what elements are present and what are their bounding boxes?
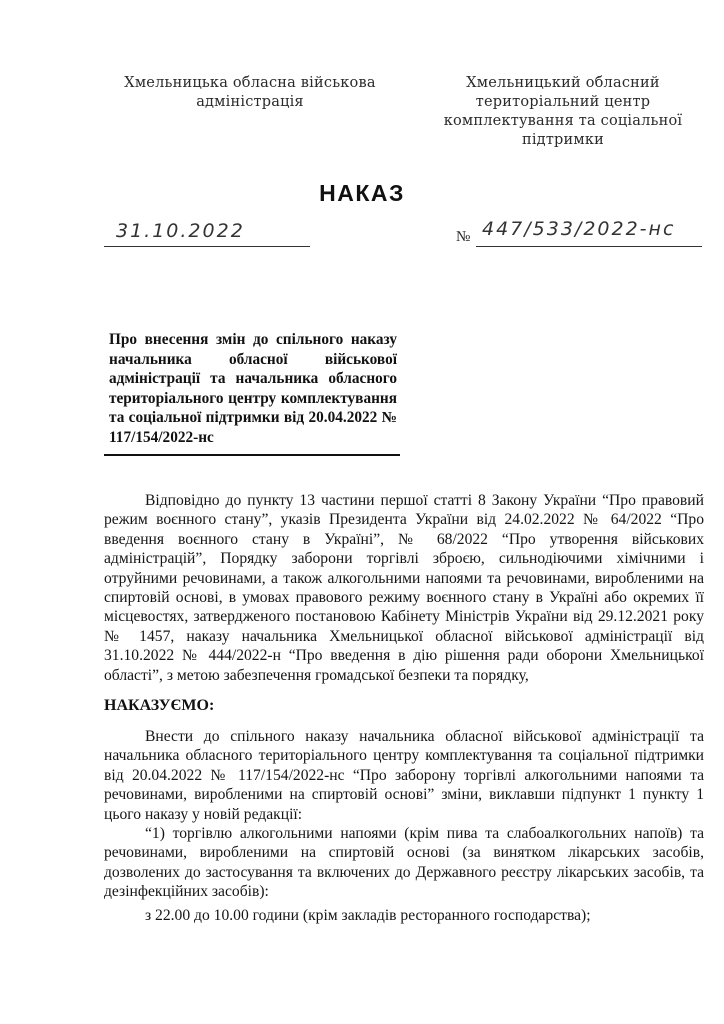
- document-page: Хмельницька обласна військова адміністра…: [0, 0, 724, 1024]
- document-title: НАКАЗ: [0, 180, 724, 207]
- order-paragraph-2: “1) торгівлю алкогольними напоями (крім …: [104, 824, 704, 902]
- issuer-right-org: Хмельницький обласний територіальний цен…: [418, 74, 708, 150]
- order-paragraph-3: з 22.00 до 10.00 години (крім закладів р…: [104, 906, 704, 925]
- document-subject: Про внесення змін до спільного наказу на…: [109, 330, 397, 447]
- order-paragraph-3-text: з 22.00 до 10.00 години (крім закладів р…: [104, 906, 704, 925]
- order-heading: НАКАЗУЄМО:: [104, 697, 214, 715]
- issuer-left-org: Хмельницька обласна військова адміністра…: [100, 74, 400, 112]
- order-paragraph-1: Внести до спільного наказу начальника об…: [104, 727, 704, 824]
- document-number: 447/533/2022-нс: [482, 218, 675, 240]
- preamble-paragraph: Відповідно до пункту 13 частини першої с…: [104, 491, 704, 685]
- subject-divider: [104, 454, 400, 456]
- number-sign: №: [456, 229, 470, 246]
- document-date: 31.10.2022: [116, 220, 245, 242]
- preamble-text: Відповідно до пункту 13 частини першої с…: [104, 491, 704, 685]
- order-paragraph-1-text: Внести до спільного наказу начальника об…: [104, 727, 704, 824]
- order-paragraph-2-text: “1) торгівлю алкогольними напоями (крім …: [104, 824, 704, 902]
